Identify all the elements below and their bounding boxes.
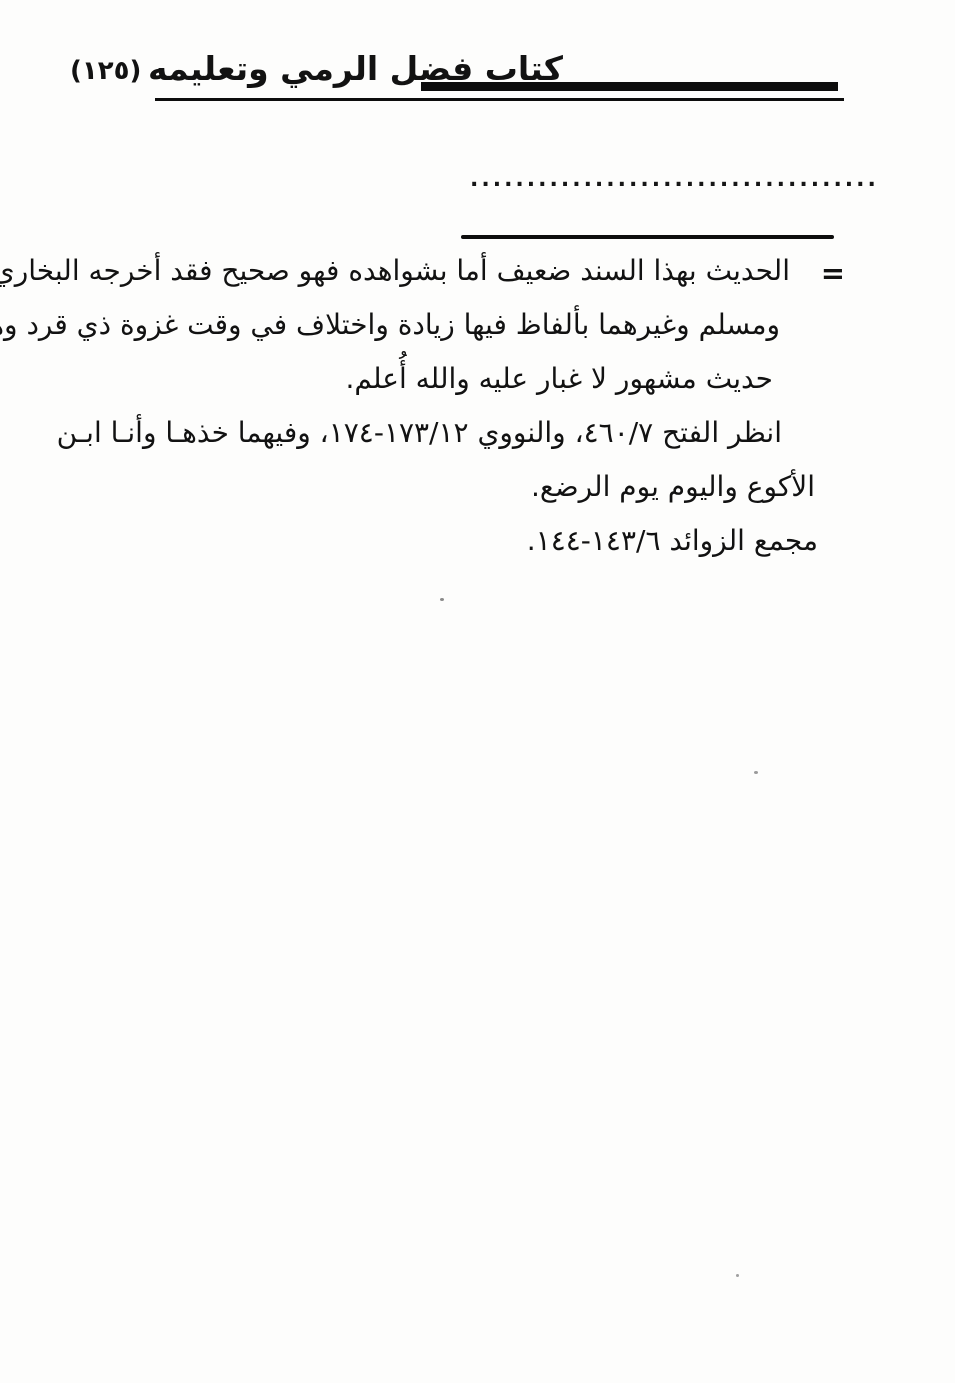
page-number: (١٢٥) [70,57,141,87]
footnote-line: انظر الفتح ٤٦٠/٧، والنووي ١٧٣/١٢-١٧٤، وف… [57,417,782,449]
footnote-line: مجمع الزوائد ١٤٣/٦-١٤٤. [527,525,818,557]
header-thick-rule [421,82,838,91]
header-underline-rule [155,98,844,101]
scan-speck [440,598,444,601]
footnote-line: حديث مشهور لا غبار عليه والله أُعلم. [345,363,773,395]
footnote-separator-rule [461,235,834,239]
footnote-line: ومسلم وغيرهما بألفاظ فيها زيادة واختلاف … [0,309,780,341]
scan-speck [736,1274,739,1277]
footnote-continuation-mark: = [821,257,845,290]
dotted-ellipsis-line: .................................... [470,167,879,192]
scanned-book-page: (١٢٥) كتاب فضل الرمي وتعليمه ...........… [0,0,955,1383]
scan-speck [754,771,758,774]
footnote-line: الأكوع واليوم يوم الرضع. [531,471,815,503]
footnote-line: الحديث بهذا السند ضعيف أما بشواهده فهو ص… [0,255,790,287]
